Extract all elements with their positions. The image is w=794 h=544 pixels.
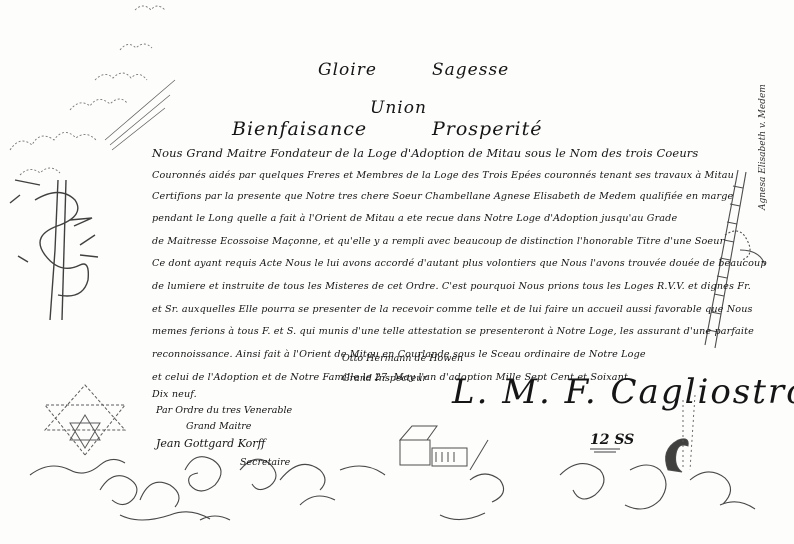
grand-maitre-title: Grand Maitre xyxy=(186,421,251,432)
signature-number: 12 SS xyxy=(590,432,634,448)
motto-bienfaisance: Bienfaisance xyxy=(232,118,367,140)
body-line-7: de lumiere et instruite de tous les Mist… xyxy=(152,281,751,292)
body-line-6: Ce dont ayant requis Acte Nous le lui av… xyxy=(152,258,767,269)
cloud-foliage-icon xyxy=(10,6,165,175)
body-line-2: Couronnés aidés par quelques Freres et M… xyxy=(152,170,734,181)
certificate-page: Gloire Sagesse Union Bienfaisance Prospe… xyxy=(0,0,794,544)
motto-sagesse: Sagesse xyxy=(432,60,509,80)
motto-union: Union xyxy=(370,98,427,118)
body-line-4: pendant le Long quelle a fait à l'Orient… xyxy=(152,213,677,224)
body-line-3: Certifions par la presente que Notre tre… xyxy=(152,191,733,202)
hexagram-icon xyxy=(45,385,125,455)
motto-gloire: Gloire xyxy=(318,60,377,80)
body-line-12: Dix neuf. xyxy=(152,389,197,400)
body-line-5: de Maitresse Ecossoise Maçonne, et qu'el… xyxy=(152,236,724,247)
body-line-8: et Sr. auxquelles Elle pourra se present… xyxy=(152,304,753,315)
body-line-1: Nous Grand Maitre Fondateur de la Loge d… xyxy=(152,146,698,160)
body-line-9: memes ferions à tous F. et S. qui munis … xyxy=(152,326,754,337)
house-icon xyxy=(400,426,488,470)
par-ordre-text: Par Ordre du tres Venerable xyxy=(156,405,292,416)
margin-note: Agnesa Elisabeth v. Medem xyxy=(758,84,768,210)
serpent-tree-icon xyxy=(10,180,98,320)
scroll-curl-icon xyxy=(666,439,689,472)
secretary-signature: Jean Gottgard Korff xyxy=(156,437,265,450)
inspector-signature: Otto Hermann de Howen xyxy=(342,353,463,364)
decorative-border-art xyxy=(0,0,794,544)
motto-prosperite: Prosperité xyxy=(432,118,543,140)
cagliostro-signature: L. M. F. Cagliostro J. xyxy=(452,372,794,412)
secretary-title: Secretaire xyxy=(240,457,290,468)
inspector-title: Grand Inspecteur xyxy=(342,373,427,384)
rococo-scroll-ornament xyxy=(30,457,755,520)
